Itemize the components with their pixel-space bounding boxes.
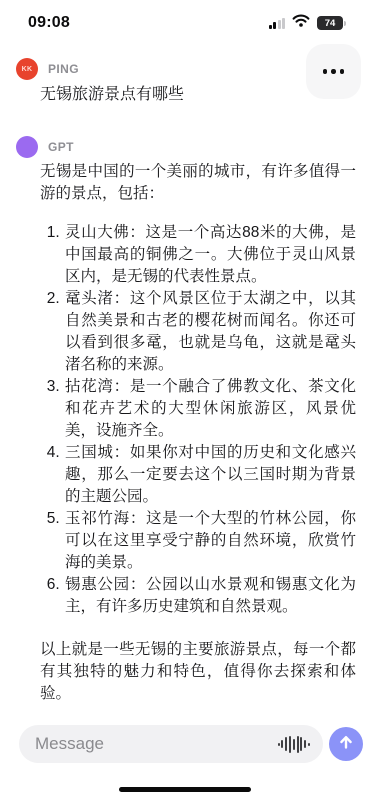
arrow-up-icon xyxy=(337,733,355,756)
chat-transcript: KK PING 无锡旅游景点有哪些 GPT 无锡是中国的一个美丽的城市，有许多值… xyxy=(16,58,356,705)
send-button[interactable] xyxy=(329,727,363,761)
battery-percent: 74 xyxy=(325,18,336,29)
list-item: 鼋头渚：这个风景区位于太湖之中，以其自然美景和古老的樱花树而闻名。你还可以看到很… xyxy=(64,288,356,376)
home-indicator[interactable] xyxy=(119,787,251,792)
status-icons: 74 xyxy=(269,14,344,32)
message-input[interactable]: Message xyxy=(19,725,323,763)
clock: 09:08 xyxy=(28,14,70,32)
list-item: 玉祁竹海：这是一个大型的竹林公园，你可以在这里享受宁静的自然环境，欣赏竹海的美景… xyxy=(64,508,356,574)
attractions-list: 灵山大佛：这是一个高达88米的大佛，是中国最高的铜佛之一。大佛位于灵山风景区内，… xyxy=(40,222,356,618)
assistant-sender-name: GPT xyxy=(48,140,74,154)
assistant-message: GPT 无锡是中国的一个美丽的城市，有许多值得一游的景点，包括： 灵山大佛：这是… xyxy=(16,136,356,705)
list-item: 锡惠公园：公园以山水景观和锡惠文化为主，有许多历史建筑和自然景观。 xyxy=(64,574,356,618)
user-avatar: KK xyxy=(16,58,38,80)
user-message-header: KK PING xyxy=(16,58,356,80)
list-item: 灵山大佛：这是一个高达88米的大佛，是中国最高的铜佛之一。大佛位于灵山风景区内，… xyxy=(64,222,356,288)
list-item: 拈花湾：是一个融合了佛教文化、茶文化和花卉艺术的大型休闲旅游区，风景优美，设施齐… xyxy=(64,376,356,442)
list-item: 三国城：如果你对中国的历史和文化感兴趣，那么一定要去这个以三国时期为背景的主题公… xyxy=(64,442,356,508)
wifi-icon xyxy=(292,14,310,32)
assistant-message-text: 无锡是中国的一个美丽的城市，有许多值得一游的景点，包括： 灵山大佛：这是一个高达… xyxy=(40,161,356,705)
cellular-signal-icon xyxy=(269,18,286,29)
status-bar: 09:08 74 xyxy=(0,0,369,36)
user-message-text: 无锡旅游景点有哪些 xyxy=(40,83,356,106)
user-message: KK PING 无锡旅游景点有哪些 xyxy=(16,58,356,106)
battery-tip xyxy=(344,21,346,26)
voice-input-icon[interactable] xyxy=(278,735,310,753)
chat-app-screen: 09:08 74 KK PING xyxy=(0,0,369,800)
battery-icon: 74 xyxy=(317,16,343,30)
assistant-message-header: GPT xyxy=(16,136,356,158)
user-sender-name: PING xyxy=(48,62,79,76)
assistant-avatar xyxy=(16,136,38,158)
message-input-placeholder: Message xyxy=(35,734,104,754)
assistant-intro-paragraph: 无锡是中国的一个美丽的城市，有许多值得一游的景点，包括： xyxy=(40,161,356,205)
assistant-outro-paragraph: 以上就是一些无锡的主要旅游景点，每一个都有其独特的魅力和特色，值得你去探索和体验… xyxy=(40,639,356,705)
